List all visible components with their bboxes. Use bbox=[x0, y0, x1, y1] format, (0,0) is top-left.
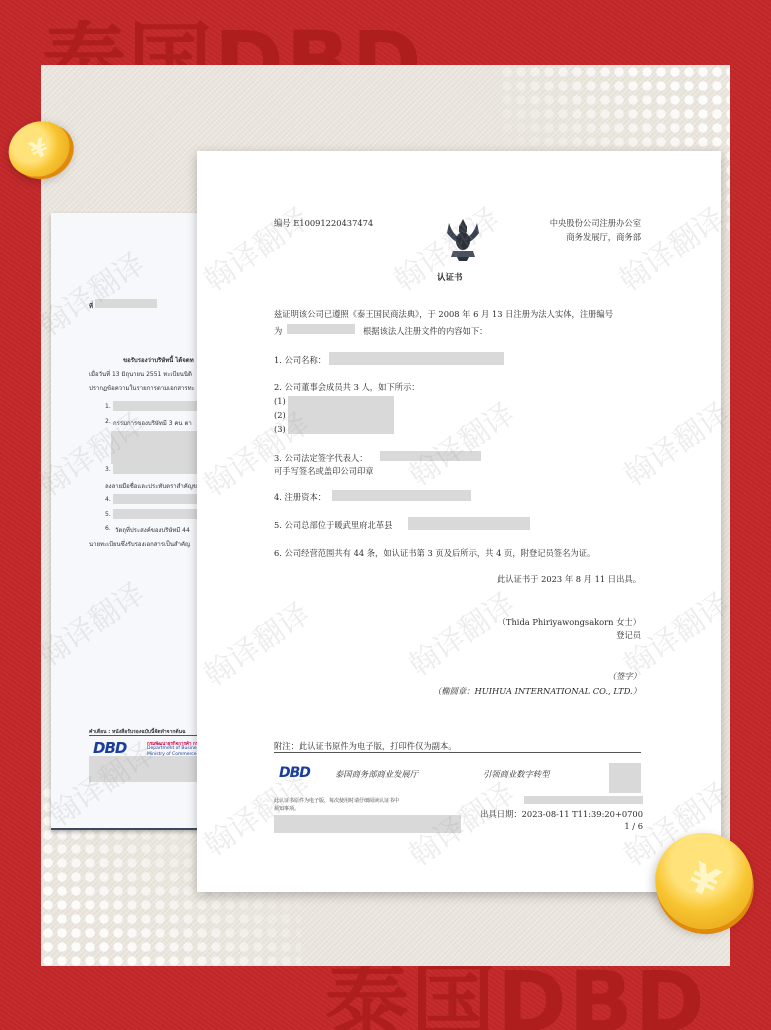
redacted-qr-code bbox=[609, 763, 641, 793]
item-business-scope: 6. 公司经营范围共有 44 条，如认证书第 3 页及后所示，共 4 页，附登记… bbox=[274, 547, 595, 559]
redacted-capital bbox=[332, 490, 471, 501]
redacted-verification bbox=[524, 796, 643, 804]
issuer-department: 商务发展厅，商务部 bbox=[566, 231, 641, 243]
redacted-address bbox=[408, 517, 530, 530]
issue-datetime: 出具日期：2023-08-11 T11:39:20+0700 bbox=[480, 808, 643, 820]
thai-item-num: 1. bbox=[105, 403, 111, 410]
thai-para: เมื่อวันที่ 13 มิถุนายน 2551 ทะเบียนนิติ bbox=[89, 369, 192, 379]
director-index: (3) bbox=[274, 424, 286, 434]
thai-para: นายทะเบียนซึ่งรับรองเอกสารเป็นสำคัญ bbox=[89, 539, 190, 549]
thai-para: ปรากฏข้อความในรายการตามเอกสารทะ bbox=[89, 383, 195, 393]
footer-department: 泰国商务部商业发展厅 bbox=[335, 768, 418, 780]
thai-item-num: 2. bbox=[105, 418, 111, 425]
redacted-footer-block bbox=[274, 815, 461, 833]
thai-ref-prefix: ที่ bbox=[89, 301, 93, 311]
director-index: (2) bbox=[274, 410, 286, 420]
page-indicator: 1 / 6 bbox=[624, 821, 643, 831]
divider bbox=[274, 752, 641, 753]
redacted-representative bbox=[380, 451, 481, 461]
dbd-logo: DBD bbox=[279, 765, 310, 781]
thai-item-text: กรรมการของบริษัทมี 3 คน ตา bbox=[113, 418, 192, 428]
thai-item-num: 3. bbox=[105, 466, 111, 473]
banner-title-bottom: 泰国DBD bbox=[325, 960, 706, 1030]
intro-text: 为 bbox=[274, 325, 282, 337]
footer-small-text: 此认证书原件为电子版，每次使用时请仔细阅读认证书中 bbox=[274, 797, 399, 804]
representative-note: 可手写签名或盖印公司印章 bbox=[274, 465, 374, 477]
item-headquarters: 5. 公司总部位于暖武里府北革县 bbox=[274, 519, 392, 531]
issue-statement: 此认证书于 2023 年 8 月 11 日出具。 bbox=[497, 573, 641, 585]
item-registered-capital: 4. 注册资本： bbox=[274, 491, 326, 503]
thai-item-text: ลงลายมือชื่อและประทับตราสำคัญข bbox=[105, 481, 197, 491]
item-company-name: 1. 公司名称： bbox=[274, 354, 326, 366]
thai-item-text: วัตถุที่ประสงค์ของบริษัทมี 44 bbox=[115, 525, 190, 535]
redacted-block bbox=[95, 299, 157, 308]
seal-label: （椭圆章：HUIHUA INTERNATIONAL CO., LTD.） bbox=[433, 685, 641, 697]
thai-item-num: 6. bbox=[105, 525, 111, 532]
footer-note: 附注：此认证书原件为电子版，打印件仅为副本。 bbox=[274, 740, 457, 752]
chinese-certificate-page: 编号 E10091220437474 中央股份公司注册办公室 商务发展厅，商务部… bbox=[197, 151, 721, 892]
certificate-title: 认证书 bbox=[437, 271, 463, 283]
certificate-number: 编号 E10091220437474 bbox=[274, 217, 373, 229]
redacted-registration-number bbox=[287, 324, 355, 334]
registrar-name: （Thida Phiriyawongsakorn 女士） bbox=[498, 616, 641, 628]
garuda-emblem-icon bbox=[445, 217, 481, 263]
thai-item-num: 5. bbox=[105, 511, 111, 518]
item-directors: 2. 公司董事会成员共 3 人，如下所示： bbox=[274, 381, 420, 393]
redacted-company-name bbox=[329, 352, 504, 365]
thai-para: ขอรับรองว่าบริษัทนี้ ได้จดท bbox=[123, 355, 194, 365]
item-legal-representative: 3. 公司法定签字代表人： bbox=[274, 452, 368, 464]
intro-text: 根据该法人注册文件的内容如下： bbox=[363, 325, 487, 337]
thai-item-num: 4. bbox=[105, 496, 111, 503]
footer-small-text: 须知事项。 bbox=[274, 805, 299, 812]
issuer-office: 中央股份公司注册办公室 bbox=[550, 217, 641, 229]
redacted-director-names bbox=[288, 396, 394, 434]
director-index: (1) bbox=[274, 396, 286, 406]
registrar-title: 登记员 bbox=[616, 629, 641, 641]
dbd-logo: DBD bbox=[93, 739, 126, 757]
footer-slogan: 引领商业数字转型 bbox=[483, 768, 549, 780]
signature-label: （签字） bbox=[608, 670, 641, 682]
intro-text: 兹证明该公司已遵照《泰王国民商法典》，于 2008 年 6 月 13 日注册为法… bbox=[274, 308, 613, 320]
